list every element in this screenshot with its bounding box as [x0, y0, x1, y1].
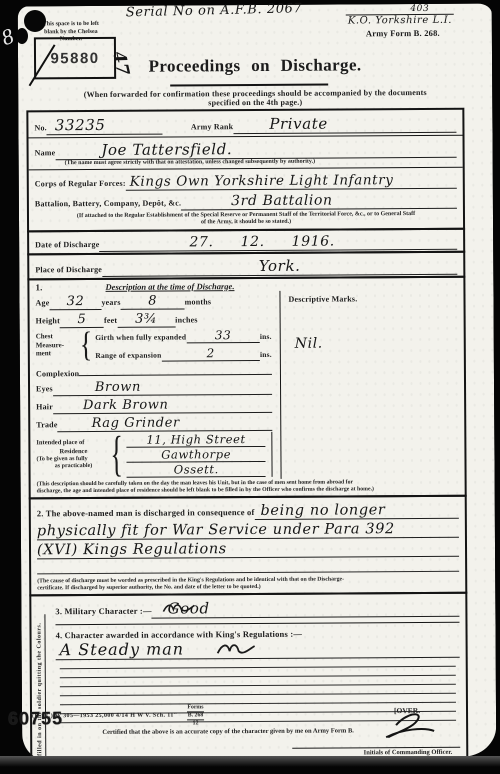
expansion-unit: ins.	[260, 349, 272, 358]
complexion-label: Complexion	[36, 369, 79, 378]
height-inches-value: 3¾	[117, 311, 175, 327]
certify-row: Certified that the above is an accurate …	[56, 727, 460, 759]
scan-bottom-bar	[0, 756, 500, 774]
serial-note: Serial No on A.F.B. 2067	[126, 1, 303, 20]
trade-label: Trade	[36, 420, 57, 429]
bottom-stamp-number: 60755	[8, 708, 63, 729]
title-rule	[170, 84, 328, 87]
blank-line	[37, 563, 459, 575]
height-row: Height 5 feet 3¾ inches	[36, 310, 272, 327]
girth-value: 33	[186, 327, 260, 342]
awarded-value: A Steady man	[56, 638, 460, 660]
complexion-value	[79, 363, 272, 375]
chest-block: Chest Measure- ment { Girth when fully e…	[36, 327, 272, 361]
residence-values: 11, High Street Gawthorpe Ossett.	[123, 431, 273, 477]
corps-label: Corps of Regular Forces:	[35, 178, 126, 188]
cause-value-line1: being no longer	[254, 502, 458, 520]
scan-blob	[16, 28, 28, 44]
age-months-label: months	[185, 297, 212, 306]
name-label: Name	[35, 148, 56, 157]
identity-box: No. 33235 Army Rank Private Name Joe Tat…	[26, 108, 465, 232]
forwarding-note: (When forwarded for confirmation these p…	[32, 88, 478, 109]
cause-label: 2. The above-named man is discharged in …	[37, 507, 255, 518]
over-note: [OVER.	[394, 706, 420, 716]
name-value: Joe Tattersfield.	[55, 139, 456, 160]
battalion-value: 3rd Battalion	[181, 191, 457, 210]
unit-note: 403 K.O. Yorkshire L.I.	[346, 4, 454, 27]
cause-value-line3: (XVI) Kings Regulations	[37, 540, 459, 560]
age-months-value: 8	[121, 293, 185, 309]
cause-footnote-line2: certificate. If discharged by superior a…	[37, 583, 459, 593]
character-sidebar-note: To be filled in on the soldier quitting …	[36, 615, 46, 774]
trade-row: Trade Rag Grinder	[36, 414, 272, 431]
unit-note-top: 403	[386, 4, 454, 14]
description-section-no: 1.	[35, 282, 42, 292]
rank-value: Private	[233, 114, 456, 134]
expansion-label: Range of expansion	[95, 350, 161, 359]
marks-label: Descriptive Marks.	[288, 293, 455, 303]
corps-value: Kings Own Yorkshire Light Infantry	[126, 171, 457, 190]
expansion-row: Range of expansion 2 ins.	[95, 345, 272, 361]
descriptive-marks-column: Descriptive Marks. Nil.	[279, 289, 464, 478]
eyes-value: Brown	[53, 378, 272, 395]
eyes-label: Eyes	[36, 384, 53, 393]
trade-value: Rag Grinder	[58, 414, 273, 431]
age-row: Age 32 years 8 months	[35, 292, 271, 309]
page-title: Proceedings on Discharge.	[78, 55, 432, 77]
character-box: To be filled in on the soldier quitting …	[29, 592, 468, 774]
height-feet-label: feet	[104, 315, 117, 324]
marks-value: Nil.	[295, 334, 456, 351]
hair-label: Hair	[36, 402, 53, 411]
no-label: No.	[34, 123, 46, 132]
commanding-officer-signature	[366, 711, 436, 741]
scanned-document: Serial No on A.F.B. 2067 403 K.O. Yorksh…	[0, 0, 500, 774]
unit-note-bottom: K.O. Yorkshire L.I.	[346, 14, 454, 27]
discharge-cause-box: 2. The above-named man is discharged in …	[29, 495, 468, 597]
form-reference: Army Form B. 268.	[366, 28, 440, 38]
rank-label: Army Rank	[191, 122, 234, 131]
expansion-value: 2	[161, 345, 260, 361]
date-label: Date of Discharge	[35, 239, 99, 248]
complexion-row: Complexion	[36, 363, 272, 377]
eyes-row: Eyes Brown	[36, 378, 272, 395]
hair-row: Hair Dark Brown	[36, 396, 272, 413]
form-page: Serial No on A.F.B. 2067 403 K.O. Yorksh…	[18, 4, 497, 760]
hair-value: Dark Brown	[53, 396, 272, 413]
cause-value-line2: physically fit for War Service under Par…	[37, 521, 459, 541]
age-years-value: 32	[49, 293, 101, 309]
military-character-row: 3. Military Character :— Good	[55, 598, 459, 625]
girth-label: Girth when fully expanded	[95, 332, 186, 342]
margin-scribble: 8	[0, 23, 17, 51]
place-value: York.	[102, 255, 457, 276]
age-years-label: years	[101, 297, 120, 306]
place-label: Place of Discharge	[35, 264, 102, 273]
forms-stack: Forms B. 268 12	[187, 704, 203, 728]
chest-label: Chest Measure- ment	[36, 332, 80, 359]
residence-block: Intended place of Residence (To be given…	[36, 431, 272, 477]
military-label: 3. Military Character :—	[55, 606, 151, 617]
name-row: Name Joe Tattersfield. (The name must ag…	[29, 136, 463, 170]
girth-unit: ins.	[260, 331, 272, 340]
chest-brace: {	[80, 327, 93, 362]
height-label: Height	[36, 316, 60, 325]
scan-blob	[24, 10, 46, 32]
initials-squiggle	[161, 602, 195, 616]
military-value: Good	[152, 598, 460, 619]
name-note: (The name must agree strictly with that …	[35, 158, 457, 168]
residence-brace: {	[110, 430, 123, 479]
description-fields: Age 32 years 8 months Height 5 feet 3¾ i…	[29, 290, 280, 480]
initials-squiggle-2	[216, 641, 256, 657]
age-label: Age	[35, 298, 49, 307]
residence-label: Intended place of Residence (To be given…	[36, 439, 110, 471]
corps-row: Corps of Regular Forces: Kings Own Yorks…	[29, 167, 463, 230]
battalion-label: Battalion, Battery, Company, Depôt, &c.	[35, 198, 181, 208]
height-inches-label: inches	[175, 315, 198, 324]
description-box: 1. Description at the time of Discharge.…	[27, 275, 466, 499]
no-value: 33235	[47, 116, 163, 136]
girth-row: Girth when fully expanded 33 ins.	[95, 327, 272, 343]
date-value: 27. 12. 1916.	[99, 232, 457, 251]
certify-text: Certified that the above is an accurate …	[56, 728, 400, 738]
number-rank-row: No. 33235 Army Rank Private	[28, 110, 462, 139]
